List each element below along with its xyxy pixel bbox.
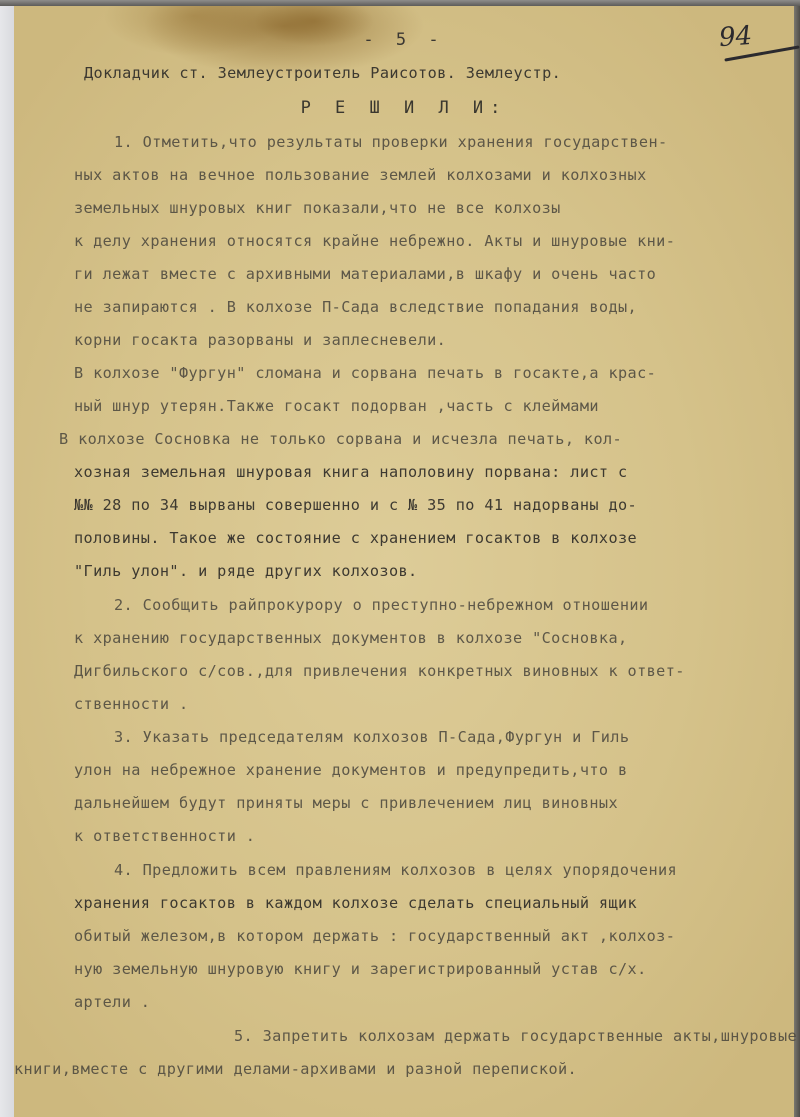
document-line: В колхозе Сосновка не только сорвана и и…	[59, 430, 622, 448]
document-line: артели .	[74, 993, 150, 1011]
document-line: ственности .	[74, 695, 189, 713]
scanner-frame-left	[0, 6, 14, 1117]
document-line: обитый железом,в котором держать : госуд…	[74, 927, 675, 945]
document-line: не запираются . В колхозе П-Сада вследст…	[74, 298, 637, 316]
folio-number-handwritten: 94	[718, 21, 753, 53]
document-line: №№ 28 по 34 вырваны совершенно и с № 35 …	[74, 496, 637, 514]
document-line: 3. Указать председателям колхозов П-Сада…	[114, 728, 629, 746]
page-number: - 5 -	[14, 30, 794, 50]
document-line: к ответственности .	[74, 827, 255, 845]
document-line: Дигбильского с/сов.,для привлечения конк…	[74, 662, 685, 680]
document-line: улон на небрежное хранение документов и …	[74, 761, 628, 779]
document-page: - 5 - 94 Докладчик ст. Землеустроитель Р…	[14, 6, 794, 1117]
document-line: половины. Такое же состояние с хранением…	[74, 529, 637, 547]
document-line: "Гиль улон". и ряде других колхозов.	[74, 562, 418, 580]
document-line: 2. Сообщить райпрокурору о преступно-неб…	[114, 596, 648, 614]
document-line: ных актов на вечное пользование землей к…	[74, 166, 647, 184]
document-line: земельных шнуровых книг показали,что не …	[74, 199, 561, 217]
document-line: корни госакта разорваны и заплесневели.	[74, 331, 446, 349]
document-line: к хранению государственных документов в …	[74, 629, 628, 647]
document-line: 4. Предложить всем правлениям колхозов в…	[114, 861, 677, 879]
document-line: хранения госактов в каждом колхозе сдела…	[74, 894, 637, 912]
resolution-heading: Р Е Ш И Л И:	[14, 98, 794, 118]
reporter-line: Докладчик ст. Землеустроитель Раисотов. …	[84, 64, 561, 82]
document-line: книги,вместе с другими делами-архивами и…	[14, 1060, 577, 1078]
scanner-frame-right	[794, 6, 800, 1117]
document-line: хозная земельная шнуровая книга наполови…	[74, 463, 628, 481]
document-line: ный шнур утерян.Также госакт подорван ,ч…	[74, 397, 599, 415]
document-line: 5. Запретить колхозам держать государств…	[234, 1027, 797, 1045]
document-line: дальнейшем будут приняты меры с привлече…	[74, 794, 618, 812]
document-line: В колхозе "Фургун" сломана и сорвана печ…	[74, 364, 656, 382]
document-line: к делу хранения относятся крайне небрежн…	[74, 232, 675, 250]
document-line: ги лежат вместе с архивными материалами,…	[74, 265, 656, 283]
document-line: 1. Отметить,что результаты проверки хран…	[114, 133, 668, 151]
document-line: ную земельную шнуровую книгу и зарегистр…	[74, 960, 647, 978]
